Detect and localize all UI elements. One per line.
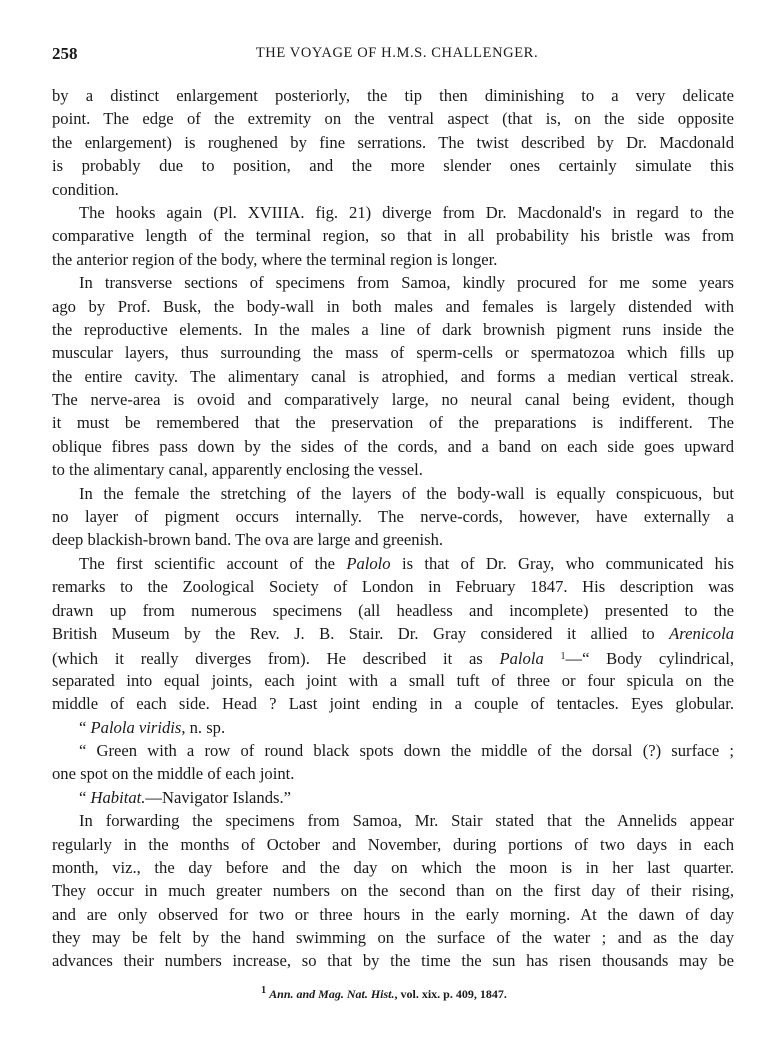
text-line: middle of each side. Head ? Last joint e… bbox=[52, 692, 734, 715]
book-page: 258 THE VOYAGE OF H.M.S. CHALLENGER. by … bbox=[0, 0, 776, 1050]
paragraph: The hooks again (Pl. XVIIIA. fig. 21) di… bbox=[52, 201, 734, 271]
text-line: “ Green with a row of round black spots … bbox=[52, 739, 734, 762]
footnote-marker: 1 bbox=[261, 985, 266, 996]
paragraph: “ Habitat.—Navigator Islands.” bbox=[52, 786, 734, 809]
text-line: remarks to the Zoological Society of Lon… bbox=[52, 575, 734, 598]
paragraph: The first scientific account of the Palo… bbox=[52, 552, 734, 716]
text-line: comparative length of the terminal regio… bbox=[52, 224, 734, 247]
body-text: by a distinct enlargement posteriorly, t… bbox=[52, 84, 734, 973]
paragraph: In the female the stretching of the laye… bbox=[52, 482, 734, 552]
text-line: The hooks again (Pl. XVIIIA. fig. 21) di… bbox=[52, 201, 734, 224]
text-line: by a distinct enlargement posteriorly, t… bbox=[52, 84, 734, 107]
text-line: no layer of pigment occurs internally. T… bbox=[52, 505, 734, 528]
text-line: In transverse sections of specimens from… bbox=[52, 271, 734, 294]
text-line: They occur in much greater numbers on th… bbox=[52, 879, 734, 902]
text-line: oblique fibres pass down by the sides of… bbox=[52, 435, 734, 458]
text-line: “ Habitat.—Navigator Islands.” bbox=[52, 786, 734, 809]
text-line: and are only observed for two or three h… bbox=[52, 903, 734, 926]
text-line: to the alimentary canal, apparently encl… bbox=[52, 458, 734, 481]
text-line: they may be felt by the hand swimming on… bbox=[52, 926, 734, 949]
text-line: regularly in the months of October and N… bbox=[52, 833, 734, 856]
text-line: advances their numbers increase, so that… bbox=[52, 949, 734, 972]
text-line: the enlargement) is roughened by fine se… bbox=[52, 131, 734, 154]
text-line: separated into equal joints, each joint … bbox=[52, 669, 734, 692]
footnote: 1 Ann. and Mag. Nat. Hist., vol. xix. p.… bbox=[0, 985, 776, 1002]
text-line: The first scientific account of the Palo… bbox=[52, 552, 734, 575]
paragraph: In transverse sections of specimens from… bbox=[52, 271, 734, 482]
text-line: ago by Prof. Busk, the body-wall in both… bbox=[52, 295, 734, 318]
footnote-citation-title: Ann. and Mag. Nat. Hist. bbox=[269, 987, 394, 1001]
running-title: THE VOYAGE OF H.M.S. CHALLENGER. bbox=[52, 45, 732, 62]
text-line: condition. bbox=[52, 178, 734, 201]
text-line: deep blackish-brown band. The ova are la… bbox=[52, 528, 734, 551]
text-line: the reproductive elements. In the males … bbox=[52, 318, 734, 341]
text-line: The nerve-area is ovoid and comparativel… bbox=[52, 388, 734, 411]
text-line: month, viz., the day before and the day … bbox=[52, 856, 734, 879]
text-line: one spot on the middle of each joint. bbox=[52, 762, 734, 785]
text-line: drawn up from numerous specimens (all he… bbox=[52, 599, 734, 622]
text-line: it must be remembered that the preservat… bbox=[52, 411, 734, 434]
text-line: In the female the stretching of the laye… bbox=[52, 482, 734, 505]
running-head: 258 THE VOYAGE OF H.M.S. CHALLENGER. bbox=[52, 44, 732, 68]
text-line: “ Palola viridis, n. sp. bbox=[52, 716, 734, 739]
text-line: is probably due to position, and the mor… bbox=[52, 154, 734, 177]
paragraph: by a distinct enlargement posteriorly, t… bbox=[52, 84, 734, 201]
paragraph: “ Palola viridis, n. sp. bbox=[52, 716, 734, 739]
footnote-citation-details: , vol. xix. p. 409, 1847. bbox=[395, 987, 507, 1001]
text-line: (which it really diverges from). He desc… bbox=[52, 645, 734, 668]
text-line: point. The edge of the extremity on the … bbox=[52, 107, 734, 130]
text-line: the anterior region of the body, where t… bbox=[52, 248, 734, 271]
paragraph: In forwarding the specimens from Samoa, … bbox=[52, 809, 734, 973]
text-line: muscular layers, thus surrounding the ma… bbox=[52, 341, 734, 364]
paragraph: “ Green with a row of round black spots … bbox=[52, 739, 734, 786]
text-line: British Museum by the Rev. J. B. Stair. … bbox=[52, 622, 734, 645]
text-line: the entire cavity. The alimentary canal … bbox=[52, 365, 734, 388]
text-line: In forwarding the specimens from Samoa, … bbox=[52, 809, 734, 832]
